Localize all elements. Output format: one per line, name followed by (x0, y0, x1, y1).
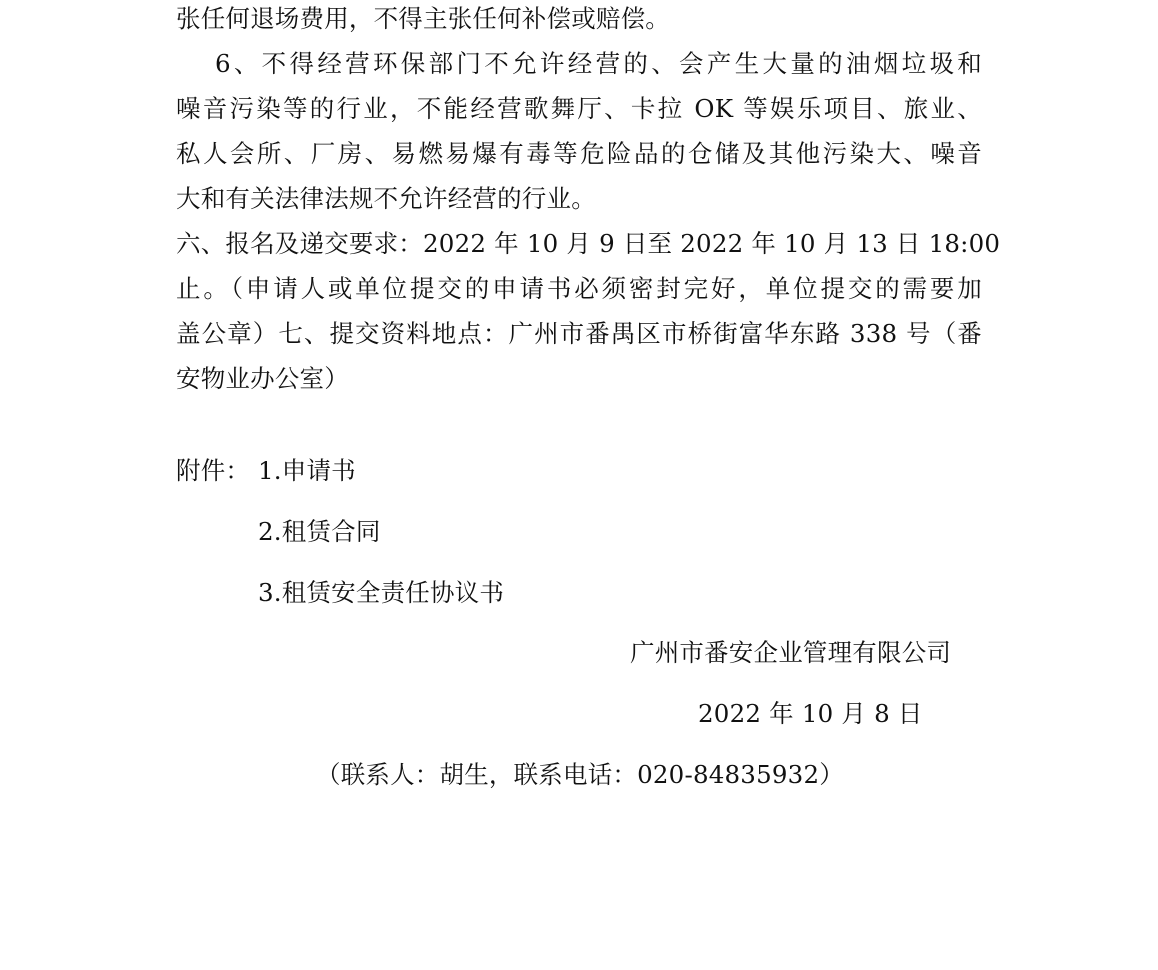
attachments-label: 附件： (176, 456, 250, 486)
paragraph-line: 6、不得经营环保部门不允许经营的、会产生大量的油烟垃圾和 (176, 49, 982, 79)
paragraph-line: 私人会所、厂房、易燃易爆有毒等危险品的仓储及其他污染大、噪音 (176, 139, 982, 169)
paragraph-line: 盖公章）七、提交资料地点：广州市番禺区市桥街富华东路 338 号（番 (176, 319, 982, 349)
signature-company: 广州市番安企业管理有限公司 (630, 638, 951, 668)
paragraph-line: 止。（申请人或单位提交的申请书必须密封完好，单位提交的需要加 (176, 274, 982, 304)
paragraph-line: 张任何退场费用，不得主张任何补偿或赔偿。 (176, 4, 670, 34)
attachment-item: 3.租赁安全责任协议书 (258, 578, 504, 608)
attachment-item: 1.申请书 (258, 456, 356, 486)
paragraph-line: 安物业办公室） (176, 364, 349, 394)
contact-info: （联系人：胡生，联系电话：020-84835932） (316, 760, 844, 790)
paragraph-line: 噪音污染等的行业，不能经营歌舞厅、卡拉 OK 等娱乐项目、旅业、 (176, 94, 982, 124)
attachment-item: 2.租赁合同 (258, 517, 381, 547)
paragraph-line: 六、报名及递交要求：2022 年 10 月 9 日至 2022 年 10 月 1… (176, 229, 982, 259)
signature-date: 2022 年 10 月 8 日 (698, 699, 923, 729)
paragraph-line: 大和有关法律法规不允许经营的行业。 (176, 184, 596, 214)
